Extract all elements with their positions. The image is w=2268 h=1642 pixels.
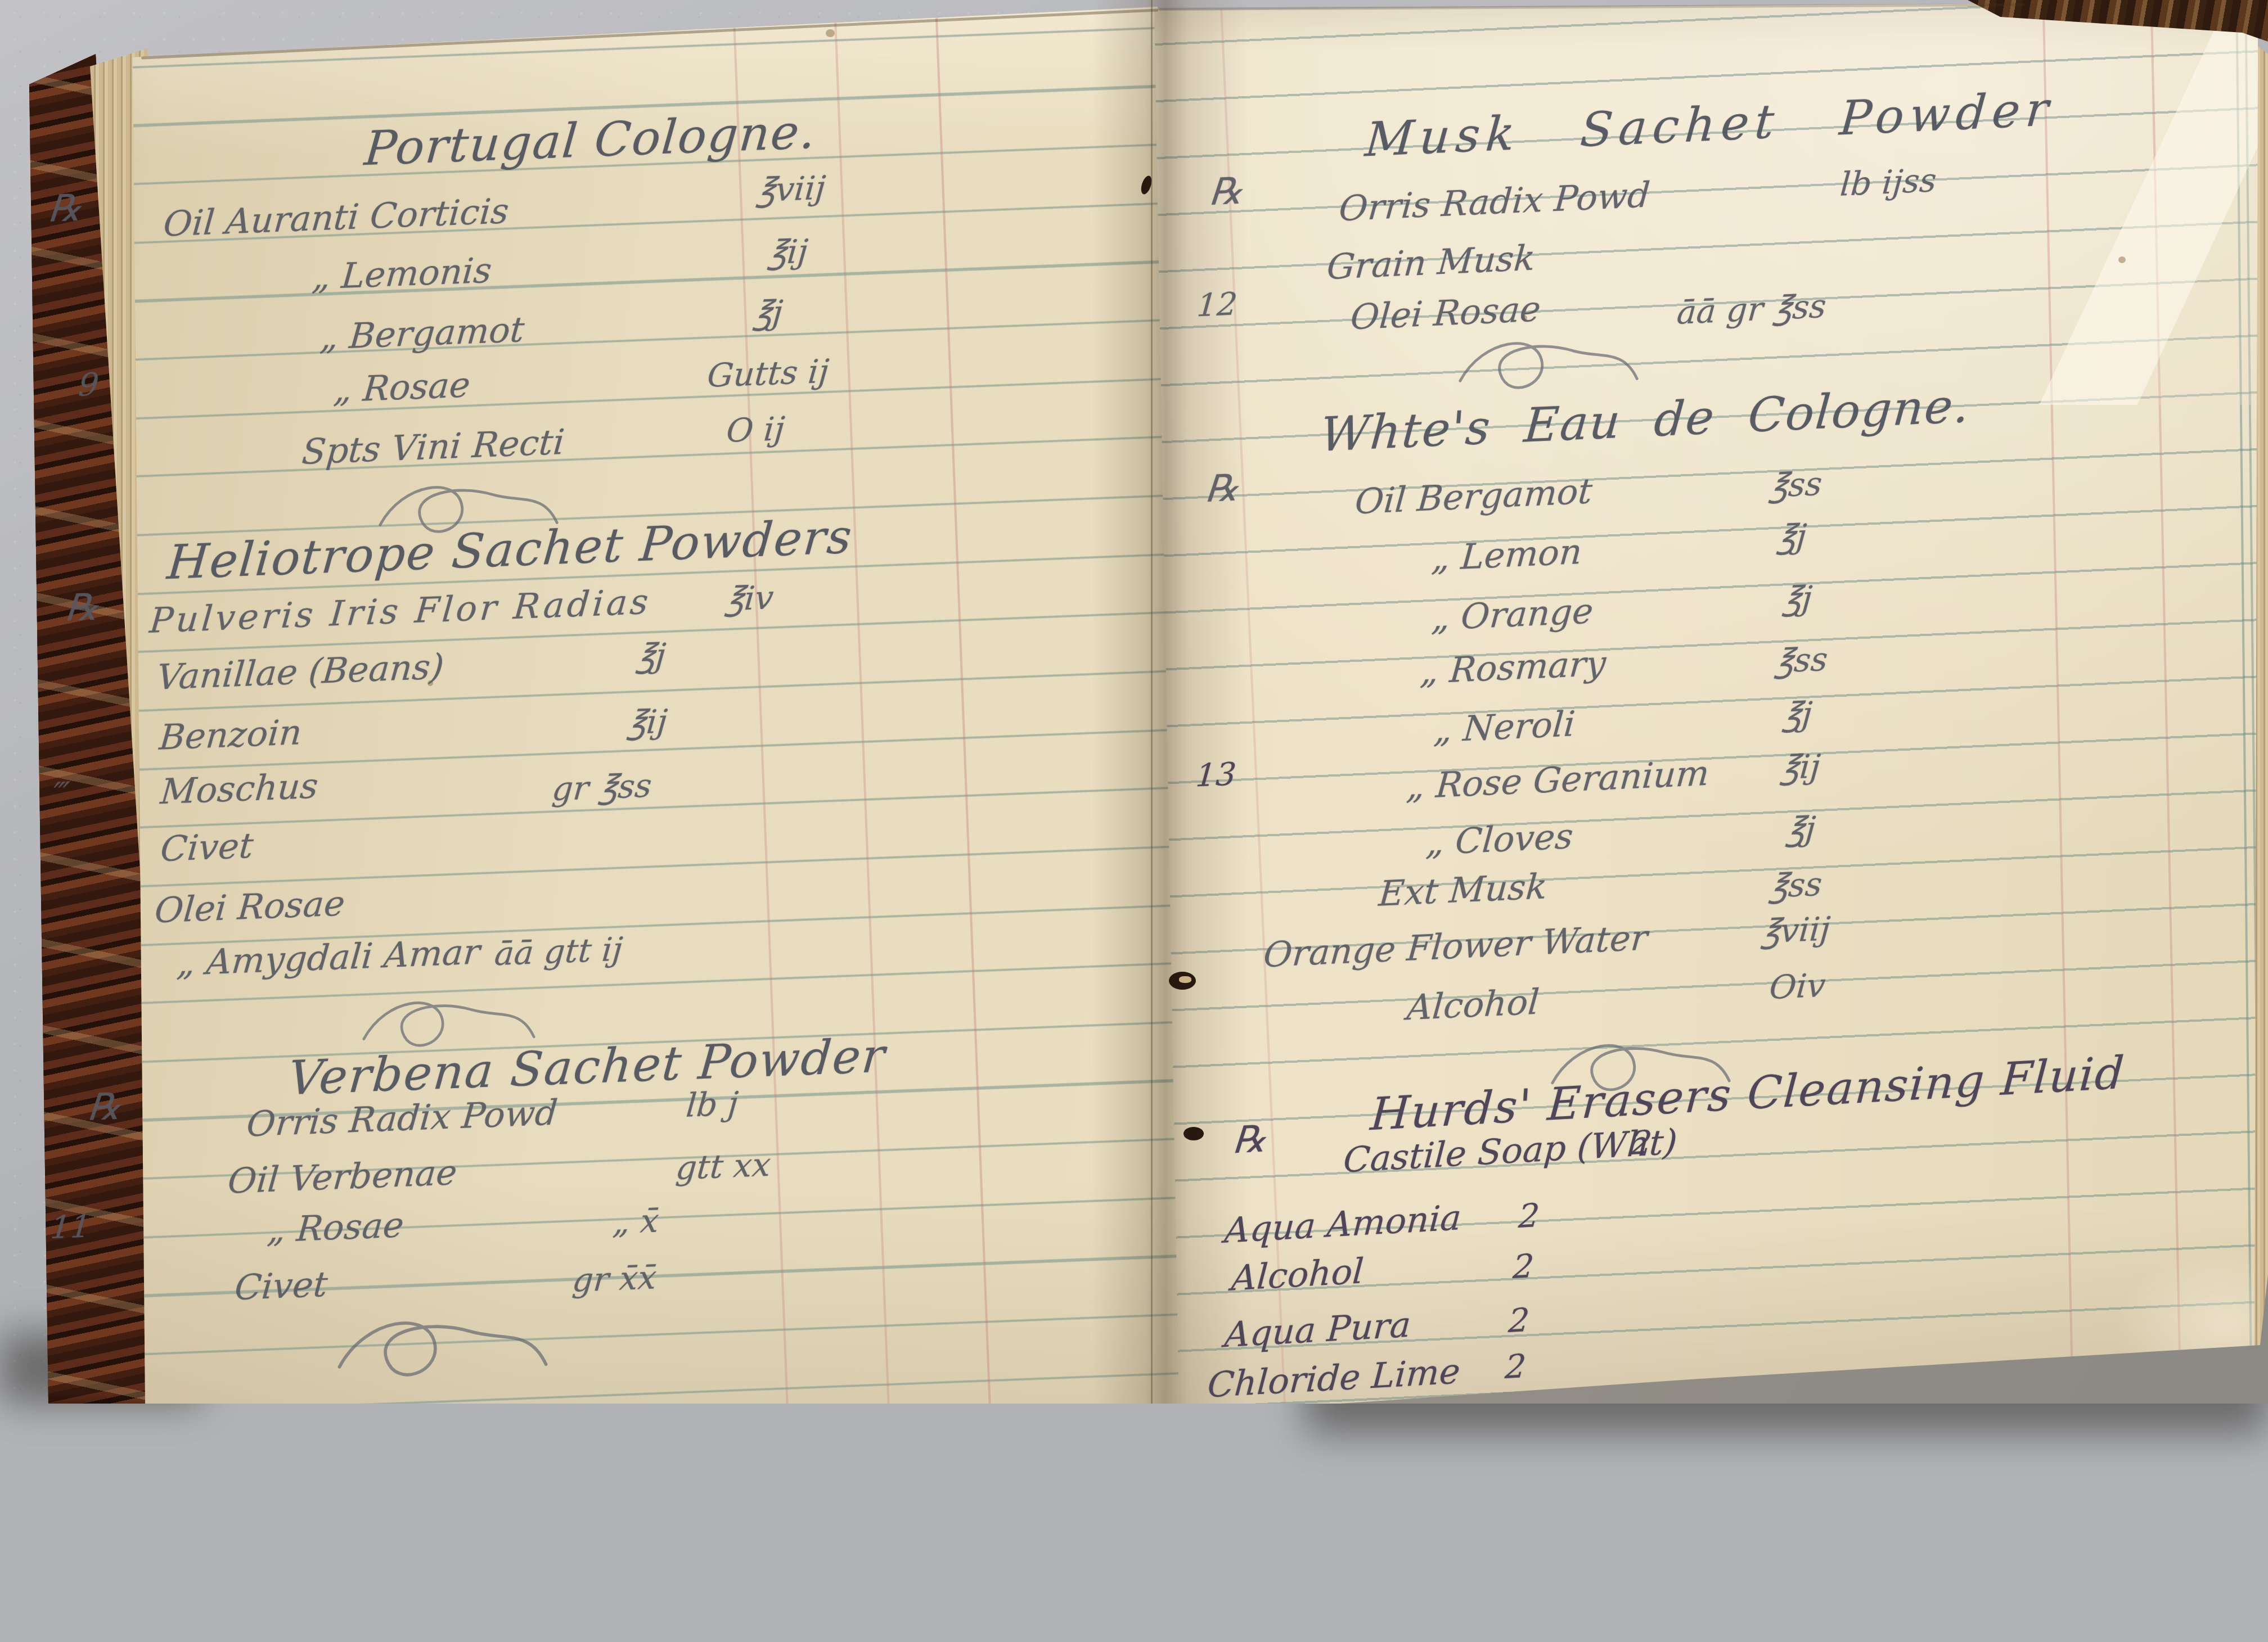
ingredient-quantity: ℥viij: [1760, 909, 1831, 950]
ingredient-quantity: gr ℥ss: [551, 766, 654, 809]
ingredient-quantity: āā gtt ij: [493, 930, 624, 973]
ingredient-name: „ Lemon: [1430, 531, 1584, 579]
ingredient-quantity: ℥ij: [767, 232, 809, 272]
ingredient-quantity: Oiv: [1768, 966, 1827, 1007]
margin-number: 11: [49, 1208, 92, 1247]
ingredient-quantity: O ij: [725, 409, 786, 450]
margin-number: 12: [1195, 286, 1239, 324]
ingredient-quantity: ℥viij: [755, 169, 827, 210]
ingredient-name: Benzoin: [157, 711, 303, 758]
ingredient-quantity: ℥j: [635, 636, 667, 675]
ingredient-quantity: ℥ij: [1779, 747, 1822, 787]
dog-ear-fold: [1912, 0, 2268, 405]
ingredient-name: Ext Musk: [1378, 865, 1549, 914]
ingredient-name: „ Rosmary: [1419, 643, 1607, 692]
rx-symbol: ℞: [1204, 466, 1240, 511]
rx-symbol: ℞: [86, 1085, 123, 1129]
ingredient-quantity: ℥j: [1781, 579, 1813, 618]
ingredient-quantity: lb ijss: [1839, 161, 1938, 204]
rx-symbol: ℞: [64, 585, 101, 630]
ingredient-quantity: 2: [1518, 1196, 1541, 1235]
ingredient-quantity: ℥j: [1776, 517, 1808, 556]
ingredient-quantity: ℥ij: [626, 702, 669, 742]
ingredient-name: Moschus: [159, 765, 319, 813]
foxing-spot: [826, 29, 835, 37]
notebook-photo: Portugal Cologne. ℞ Oil Auranti Corticis…: [0, 0, 2268, 1404]
ingredient-quantity: ℥j: [1781, 694, 1813, 734]
ingredient-name: „ Rosae: [332, 364, 471, 410]
ingredient-name: „ Rosae: [265, 1204, 405, 1250]
ingredient-quantity: 2: [1630, 1123, 1654, 1162]
stitch-chip: [1179, 976, 1191, 983]
ingredient-name: „ Orange: [1430, 590, 1595, 639]
ingredient-quantity: ℥iv: [724, 578, 775, 618]
ingredient-quantity: ℥j: [752, 293, 784, 332]
ingredient-quantity: gtt xx: [674, 1145, 772, 1187]
ingredient-quantity: gr x̄x̄: [571, 1258, 658, 1300]
ingredient-name: „ Bergamot: [318, 309, 526, 358]
margin-number: ‴: [51, 775, 71, 813]
ingredient-quantity: Gutts ij: [706, 352, 831, 395]
rx-symbol: ℞: [1231, 1117, 1268, 1162]
ingredient-name: Civet: [233, 1264, 330, 1308]
ingredient-name: Olei Rosae: [153, 883, 346, 931]
ingredient-name: „ Neroli: [1433, 703, 1577, 750]
rx-symbol: ℞: [47, 186, 84, 231]
flourish-ornament: [310, 1306, 575, 1401]
rx-symbol: ℞: [1208, 169, 1244, 214]
ingredient-quantity: „ x̄: [611, 1201, 660, 1241]
ingredient-name: Alcohol: [1406, 981, 1541, 1028]
gutter-fold-line: [1151, 0, 1153, 1404]
ingredient-quantity: 2: [1504, 1347, 1528, 1386]
margin-number: 9: [77, 366, 100, 403]
ingredient-quantity: 2: [1512, 1247, 1536, 1286]
ingredient-quantity: ℥ss: [1768, 865, 1824, 905]
stitch-hole: [1183, 1127, 1204, 1140]
ingredient-quantity: 2: [1507, 1301, 1531, 1340]
ingredient-name: „ Lemonis: [310, 250, 493, 297]
foxing-spot: [2118, 256, 2126, 263]
ingredient-name: Civet: [159, 825, 255, 869]
ingredient-quantity: ℥j: [1785, 809, 1817, 849]
ingredient-quantity: ℥ss: [1774, 640, 1829, 680]
margin-number: 13: [1194, 756, 1237, 794]
ingredient-quantity: āā gr ℥ss: [1676, 287, 1828, 332]
ingredient-name: „ Cloves: [1425, 815, 1575, 863]
ingredient-quantity: ℥ss: [1768, 464, 1824, 505]
ingredient-name: Alcohol: [1230, 1251, 1365, 1299]
ingredient-quantity: lb j: [685, 1084, 740, 1124]
